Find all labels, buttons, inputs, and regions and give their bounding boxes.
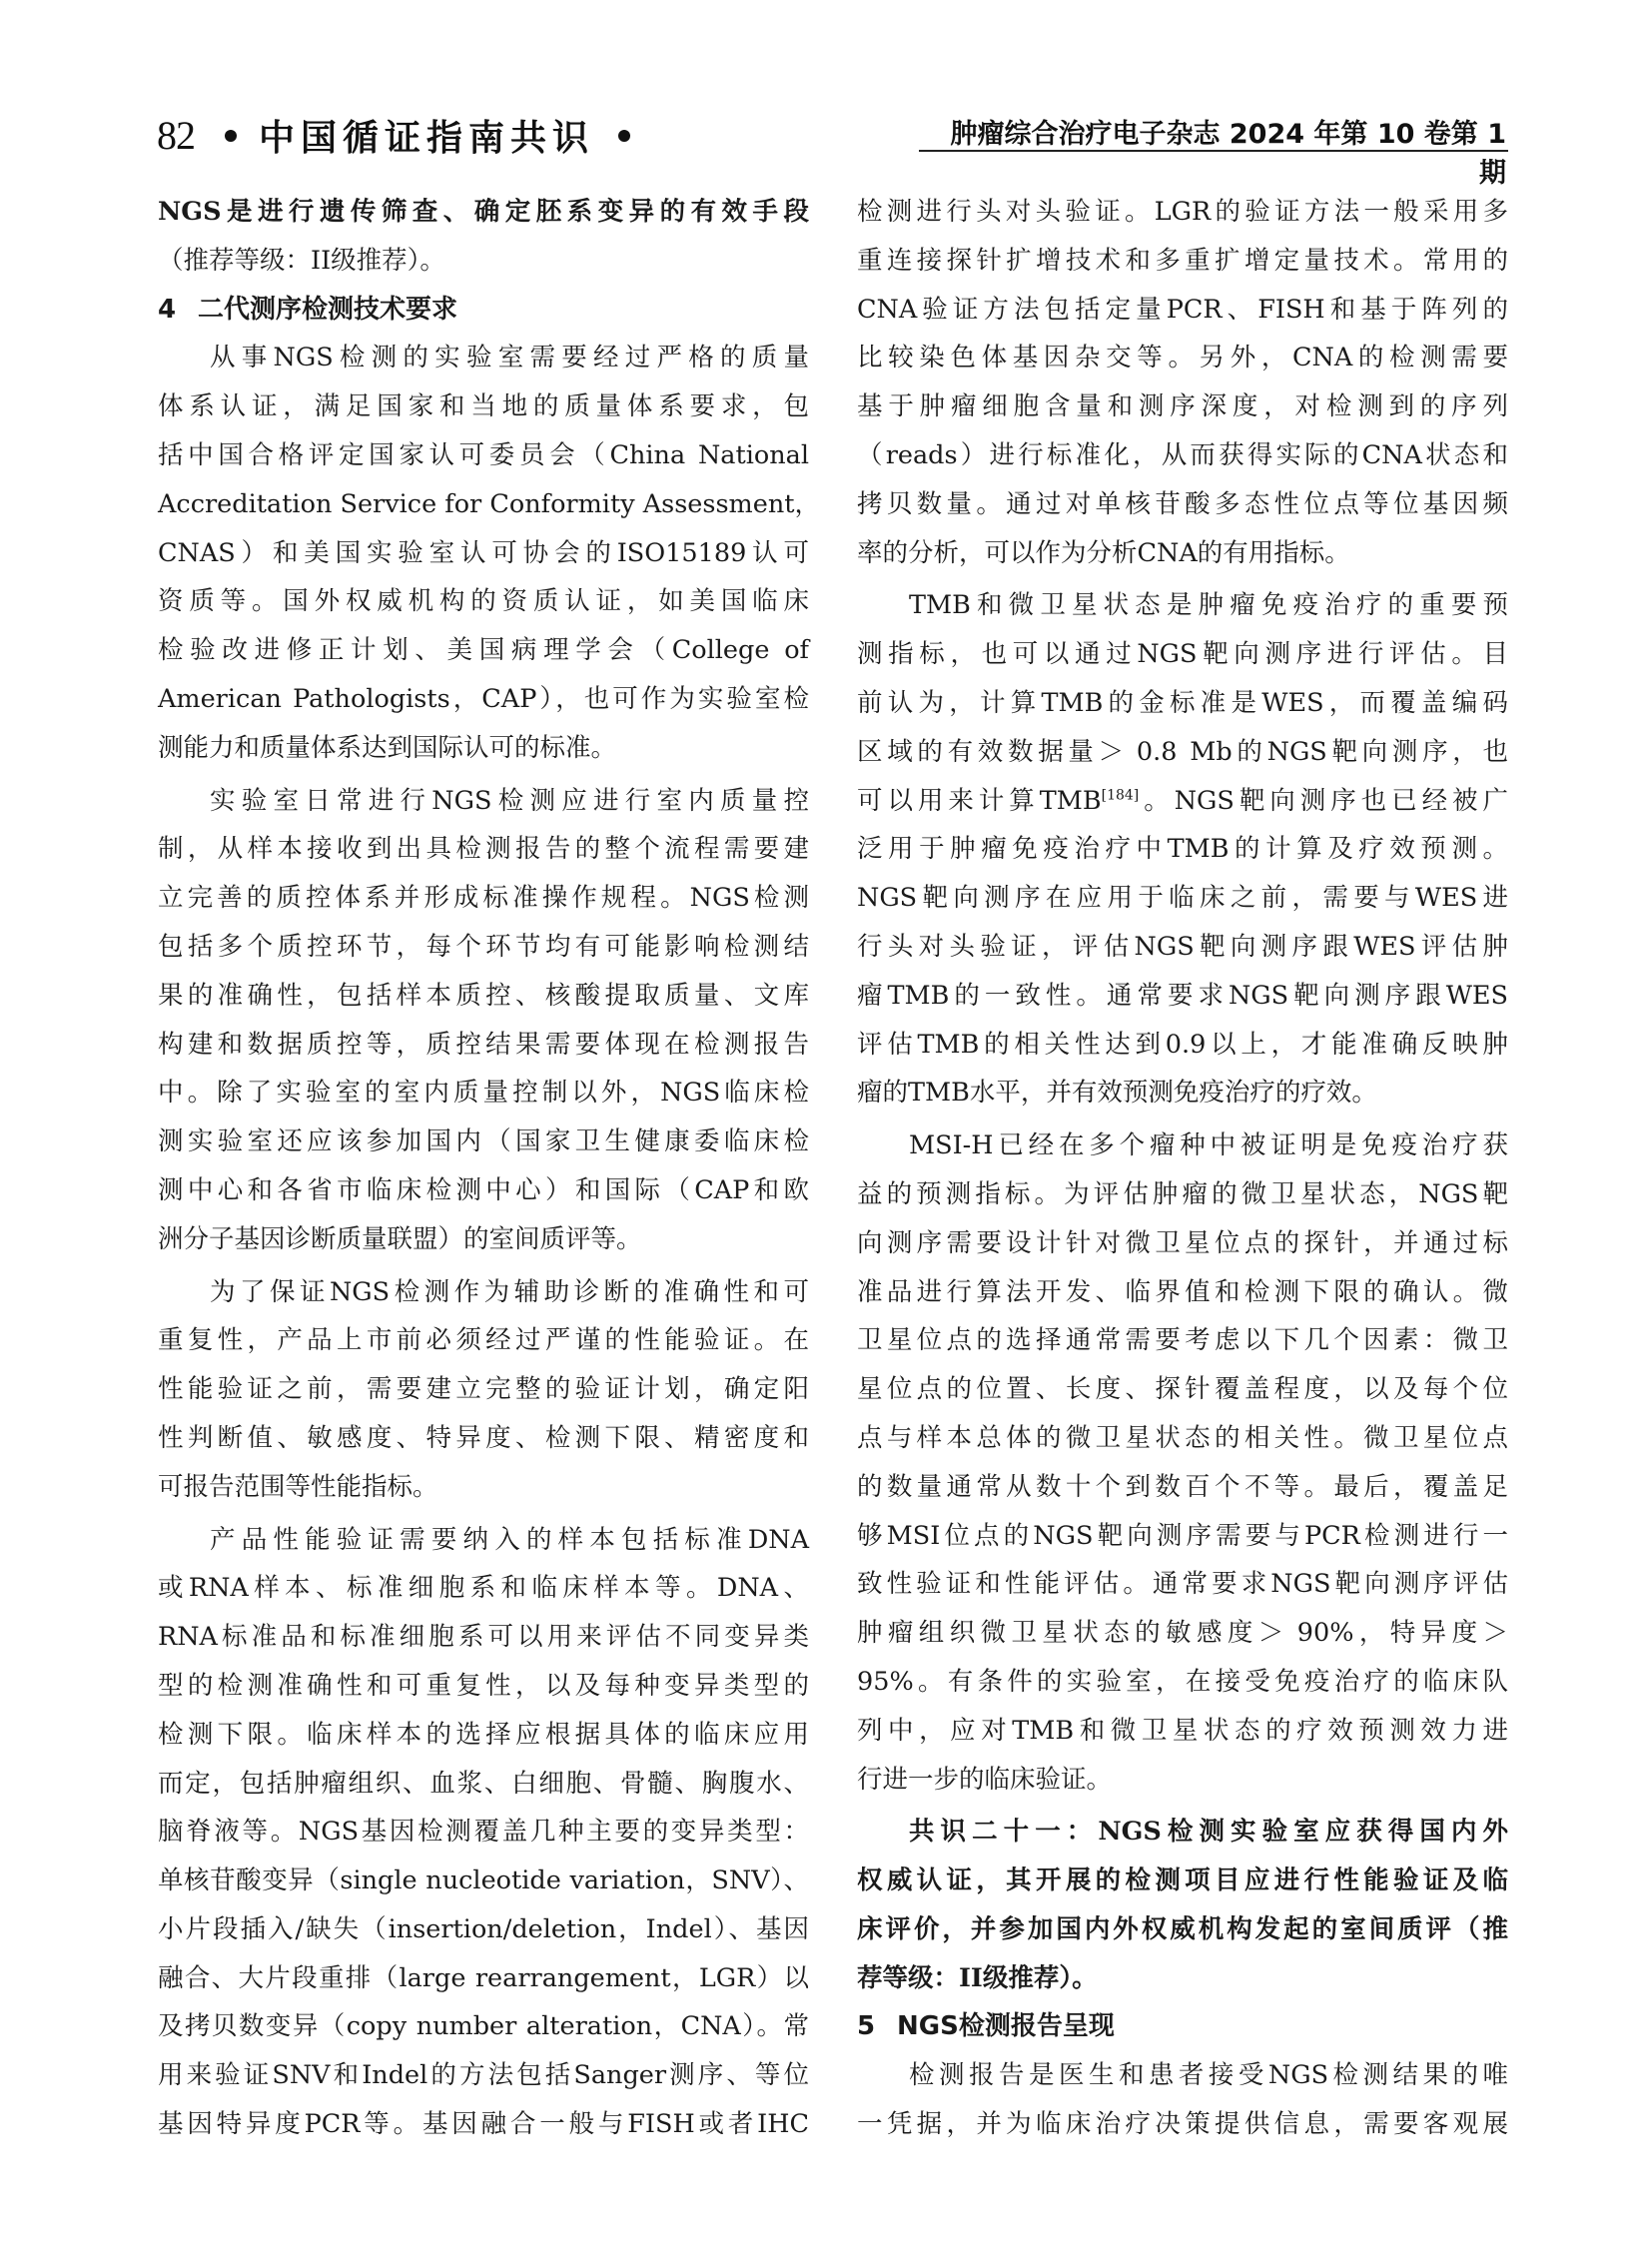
paragraph-performance-validation: 为了保证NGS检测作为辅助诊断的准确性和可重复性，产品上市前必须经过严谨的性能验… [158,1268,809,1512]
paragraph-lgr-cna-validation: 检测进行头对头验证。LGR的验证方法一般采用多重连接探针扩增技术和多重扩增定量技… [857,188,1508,577]
section-heading-5: 5NGS检测报告呈现 [857,2002,1508,2051]
recommendation-continued: NGS是进行遗传筛查、确定胚系变异的有效手段 （推荐等级：II级推荐）。 [158,188,809,286]
consensus-label: 共识二十一： [909,1817,1098,1847]
right-column: 检测进行头对头验证。LGR的验证方法一般采用多重连接探针扩增技术和多重扩增定量技… [857,188,1508,2149]
paragraph-tmb: TMB和微卫星状态是肿瘤免疫治疗的重要预 测指标，也可以通过NGS靶向测序进行评… [857,581,1508,1118]
paragraph-msi: MSI-H已经在多个瘤种中被证明是免疫治疗获益的预测指标。为评估肿瘤的微卫星状态… [857,1121,1508,1804]
bullet-icon [618,130,630,142]
reference-184[interactable]: [184] [1102,787,1140,803]
paragraph-accreditation: 从事NGS检测的实验室需要经过严格的质量体系认证，满足国家和当地的质量体系要求，… [158,334,809,772]
section-heading-4: 4二代测序检测技术要求 [158,286,809,335]
bullet-icon [225,130,237,142]
paragraph-samples-variants: 产品性能验证需要纳入的样本包括标准DNA或RNA样本、标准细胞系和临床样本等。D… [158,1516,809,2149]
left-column: NGS是进行遗传筛查、确定胚系变异的有效手段 （推荐等级：II级推荐）。 4二代… [158,188,809,2149]
tmb-citation-line: 可以用来计算TMB[184]。NGS靶向测序也已经被广 [857,777,1508,826]
paragraph-internal-qc: 实验室日常进行NGS检测应进行室内质量控制，从样本接收到出具检测报告的整个流程需… [158,777,809,1264]
running-head-left: 82 中国循证指南共识 [157,110,630,161]
page-header: 82 中国循证指南共识 肿瘤综合治疗电子杂志 2024 年第 10 卷第 1 期 [0,0,1652,170]
header-rule [919,150,1508,152]
consensus-21: 共识二十一：NGS检测实验室应获得国内外 权威认证，其开展的检测项目应进行性能验… [857,1808,1508,2002]
series-title: 中国循证指南共识 [259,110,594,161]
page-number: 82 [157,112,195,159]
paragraph-report: 检测报告是医生和患者接受NGS检测结果的唯一凭据，并为临床治疗决策提供信息，需要… [857,2051,1508,2149]
